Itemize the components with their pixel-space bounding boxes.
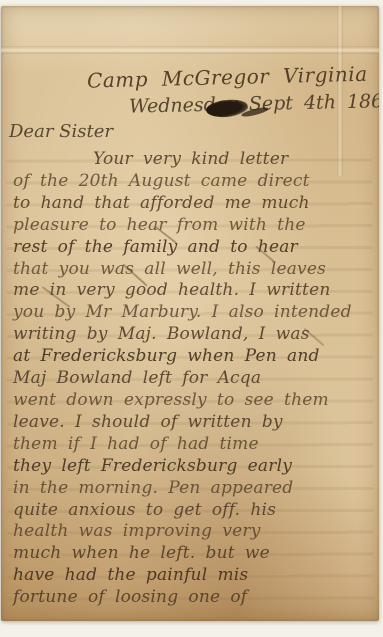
letter-line: in the morning. Pen appeared (13, 478, 371, 500)
letter-salutation: Dear Sister (9, 119, 379, 145)
letter-line: they left Fredericksburg early (13, 456, 371, 478)
letter-line: leave. I should of written by (13, 412, 371, 434)
letter-line: quite anxious to get off. his (13, 500, 371, 522)
letter-line: Maj Bowland left for Acqa (13, 368, 371, 390)
letter-line: pleasure to hear from with the (13, 215, 371, 237)
letter-line: have had the painful mis (13, 565, 371, 587)
scanned-letter-image: Camp McGregor Virginia Wednesday Sept 4t… (0, 0, 383, 637)
letter-line: at Fredericksburg when Pen and (13, 346, 371, 368)
letter-line: writing by Maj. Bowland, I was (13, 324, 371, 346)
letter-line: of the 20th August came direct (13, 171, 371, 193)
letter-body: Your very kind letterof the 20th August … (13, 149, 371, 609)
letter-paper: Camp McGregor Virginia Wednesday Sept 4t… (1, 6, 379, 621)
letter-line: them if I had of had time (13, 434, 371, 456)
letter-line: that you was all well, this leaves (13, 259, 371, 281)
letter-line: rest of the family and to hear (13, 237, 371, 259)
letter-line: Your very kind letter (13, 149, 371, 171)
letter-line: health was improving very (13, 521, 371, 543)
letter-text-area: Camp McGregor Virginia Wednesday Sept 4t… (1, 6, 379, 621)
letter-line: to hand that afforded me much (13, 193, 371, 215)
letter-line: fortune of loosing one of (13, 587, 371, 609)
letter-line: me in very good health. I written (13, 280, 371, 302)
letter-line: went down expressly to see them (13, 390, 371, 412)
letter-line: much when he left. but we (13, 543, 371, 565)
